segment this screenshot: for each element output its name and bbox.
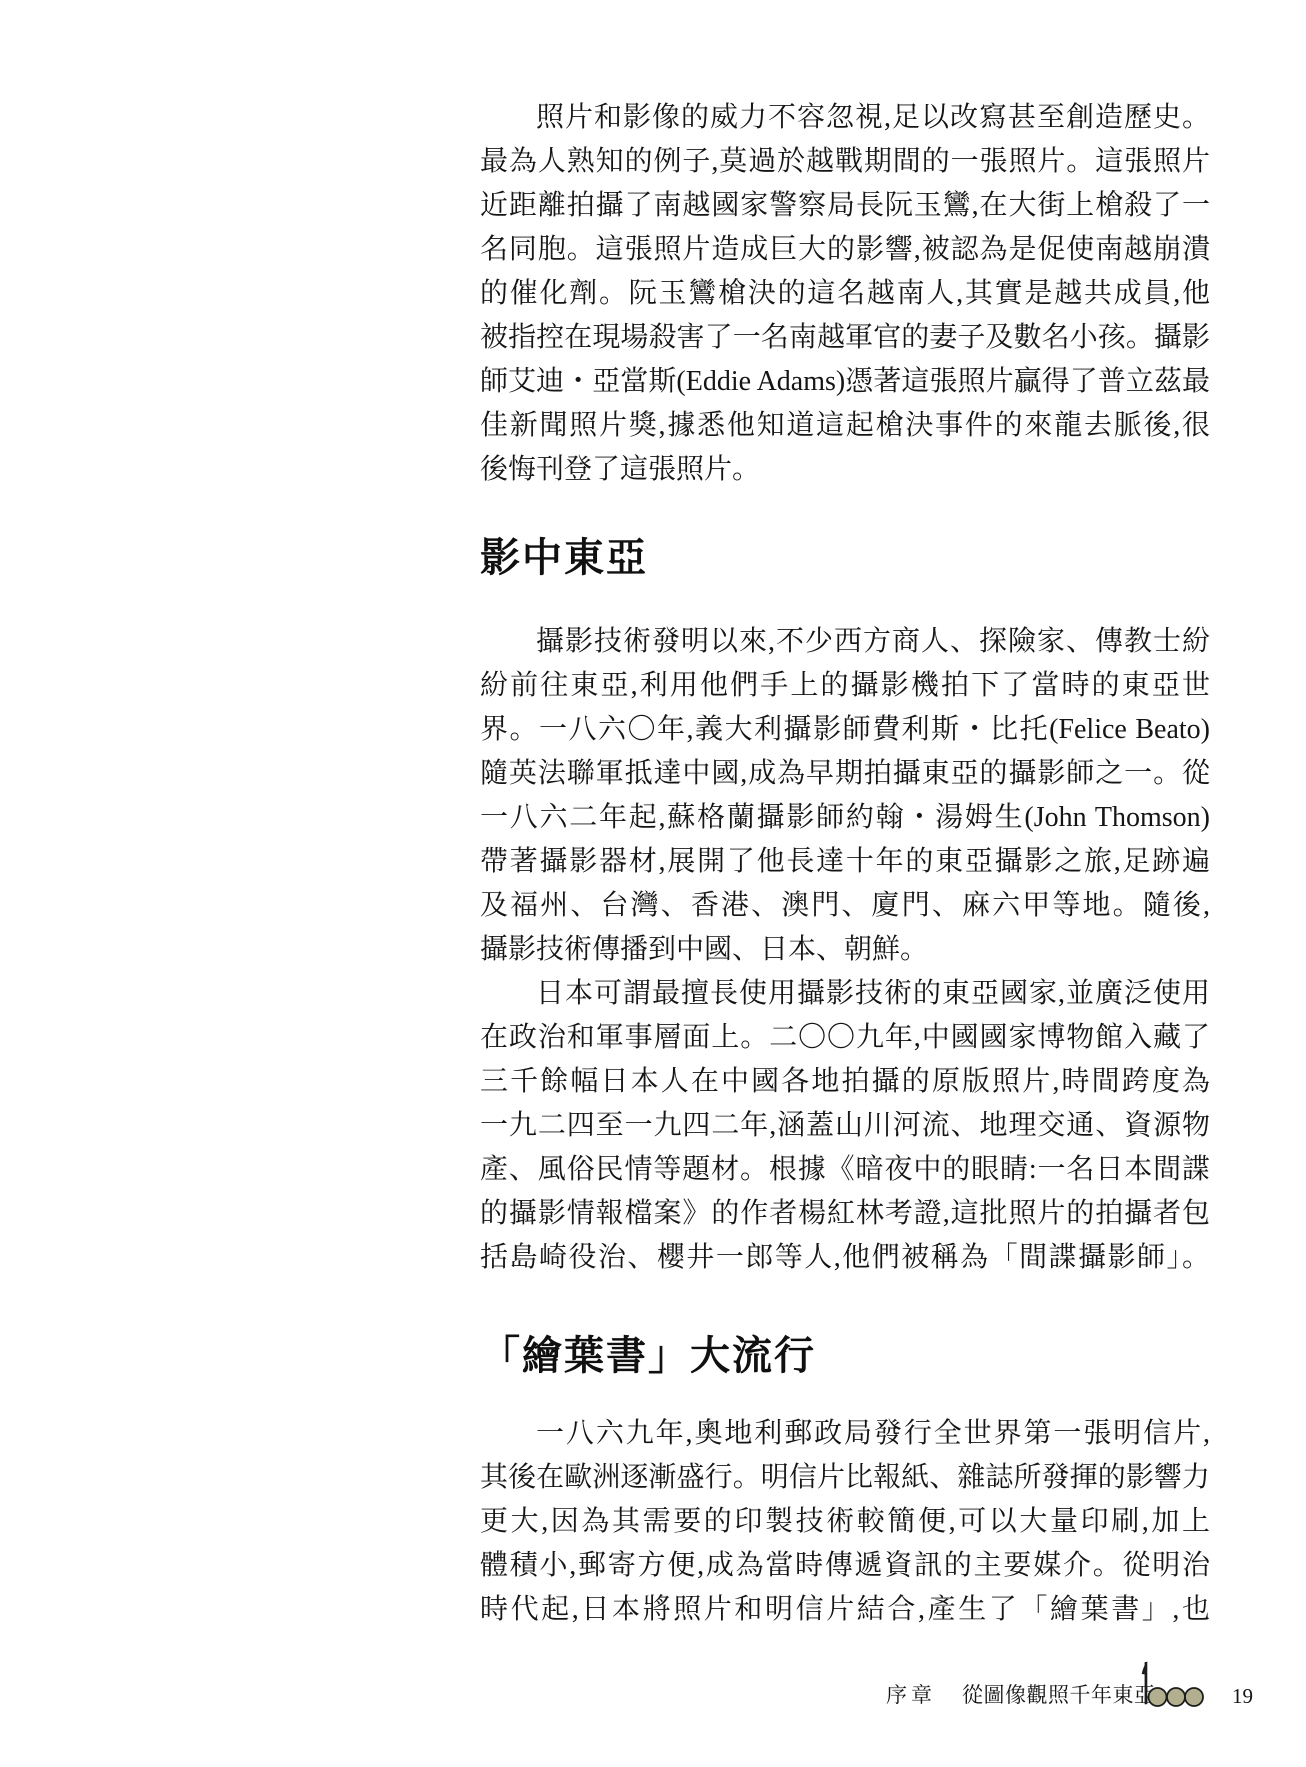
- text-line: 近距離拍攝了南越國家警察局長阮玉鸞,在大街上槍殺了一: [480, 184, 1210, 228]
- text-line: 三千餘幅日本人在中國各地拍攝的原版照片,時間跨度為: [480, 1060, 1210, 1104]
- text-line: 師艾迪・亞當斯(Eddie Adams)憑著這張照片贏得了普立茲最: [480, 360, 1210, 404]
- paragraph: 日本可謂最擅長使用攝影技術的東亞國家,並廣泛使用 在政治和軍事層面上。二〇〇九年…: [480, 972, 1210, 1280]
- text-line: 一九二四至一九四二年,涵蓋山川河流、地理交通、資源物: [480, 1104, 1210, 1148]
- text-line: 及福州、台灣、香港、澳門、廈門、麻六甲等地。隨後,: [480, 884, 1210, 928]
- section-2-body: 一八六九年,奧地利郵政局發行全世界第一張明信片, 其後在歐洲逐漸盛行。明信片比報…: [480, 1412, 1210, 1632]
- text-line: 後悔刊登了這張照片。: [480, 448, 1210, 492]
- intro-paragraph: 照片和影像的威力不容忽視,足以改寫甚至創造歷史。 最為人熟知的例子,莫過於越戰期…: [480, 96, 1210, 492]
- text-line: 日本可謂最擅長使用攝影技術的東亞國家,並廣泛使用: [480, 972, 1210, 1016]
- text-line: 的催化劑。阮玉鸞槍決的這名越南人,其實是越共成員,他: [480, 272, 1210, 316]
- text-line: 名同胞。這張照片造成巨大的影響,被認為是促使南越崩潰: [480, 228, 1210, 272]
- text-line: 的攝影情報檔案》的作者楊紅林考證,這批照片的拍攝者包: [480, 1192, 1210, 1236]
- section-heading: 影中東亞: [480, 536, 648, 580]
- footer-book-title: 從圖像觀照千年東亞: [962, 1681, 1156, 1709]
- text-line: 括島崎役治、櫻井一郎等人,他們被稱為「間諜攝影師」。: [480, 1236, 1210, 1280]
- section-1-body: 攝影技術發明以來,不少西方商人、探險家、傳教士紛 紛前往東亞,利用他們手上的攝影…: [480, 620, 1210, 1280]
- text-line: 帶著攝影器材,展開了他長達十年的東亞攝影之旅,足跡遍: [480, 840, 1210, 884]
- paragraph: 攝影技術發明以來,不少西方商人、探險家、傳教士紛 紛前往東亞,利用他們手上的攝影…: [480, 620, 1210, 972]
- text-line: 在政治和軍事層面上。二〇〇九年,中國國家博物館入藏了: [480, 1016, 1210, 1060]
- footer-chapter-label: 序章: [886, 1681, 936, 1709]
- text-line: 被指控在現場殺害了一名南越軍官的妻子及數名小孩。攝影: [480, 316, 1210, 360]
- text-line: 佳新聞照片獎,據悉他知道這起槍決事件的來龍去脈後,很: [480, 404, 1210, 448]
- footer-page-number: 19: [1232, 1682, 1253, 1710]
- book-page: 照片和影像的威力不容忽視,足以改寫甚至創造歷史。 最為人熟知的例子,莫過於越戰期…: [0, 0, 1306, 1767]
- text-line: 時代起,日本將照片和明信片結合,產生了「繪葉書」,也: [480, 1588, 1210, 1632]
- text-line: 體積小,郵寄方便,成為當時傳遞資訊的主要媒介。從明治: [480, 1544, 1210, 1588]
- text-line: 其後在歐洲逐漸盛行。明信片比報紙、雜誌所發揮的影響力: [480, 1456, 1210, 1500]
- text-line: 最為人熟知的例子,莫過於越戰期間的一張照片。這張照片: [480, 140, 1210, 184]
- paragraph: 照片和影像的威力不容忽視,足以改寫甚至創造歷史。 最為人熟知的例子,莫過於越戰期…: [480, 96, 1210, 492]
- text-line: 攝影技術傳播到中國、日本、朝鮮。: [480, 928, 1210, 972]
- text-line: 一八六二年起,蘇格蘭攝影師約翰・湯姆生(John Thomson): [480, 796, 1210, 840]
- text-line: 照片和影像的威力不容忽視,足以改寫甚至創造歷史。: [480, 96, 1210, 140]
- text-line: 攝影技術發明以來,不少西方商人、探險家、傳教士紛: [480, 620, 1210, 664]
- paragraph: 一八六九年,奧地利郵政局發行全世界第一張明信片, 其後在歐洲逐漸盛行。明信片比報…: [480, 1412, 1210, 1632]
- logo-circle: [1167, 1688, 1185, 1706]
- logo-circle: [1149, 1688, 1167, 1706]
- text-line: 一八六九年,奧地利郵政局發行全世界第一張明信片,: [480, 1412, 1210, 1456]
- text-line: 產、風俗民情等題材。根據《暗夜中的眼睛:一名日本間諜: [480, 1148, 1210, 1192]
- logo-circle: [1185, 1688, 1203, 1706]
- text-line: 紛前往東亞,利用他們手上的攝影機拍下了當時的東亞世: [480, 664, 1210, 708]
- logo-1000-icon: [1141, 1661, 1205, 1708]
- section-heading: 「繪葉書」大流行: [480, 1334, 816, 1378]
- text-line: 更大,因為其需要的印製技術較簡便,可以大量印刷,加上: [480, 1500, 1210, 1544]
- text-line: 界。一八六〇年,義大利攝影師費利斯・比托(Felice Beato): [480, 708, 1210, 752]
- text-line: 隨英法聯軍抵達中國,成為早期拍攝東亞的攝影師之一。從: [480, 752, 1210, 796]
